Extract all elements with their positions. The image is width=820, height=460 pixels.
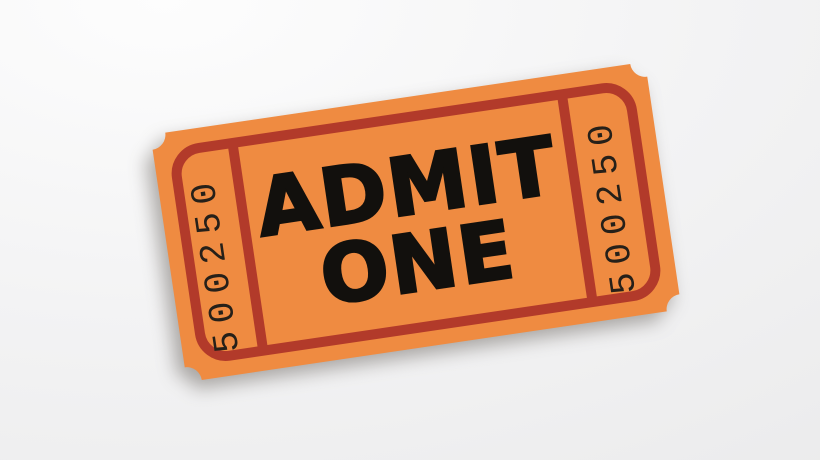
image-background: 0 5 2 0 0 5 ADMIT ONE 0 5 2 0 0 5 — [0, 0, 820, 460]
admit-one-ticket: 0 5 2 0 0 5 ADMIT ONE 0 5 2 0 0 5 — [0, 0, 820, 460]
